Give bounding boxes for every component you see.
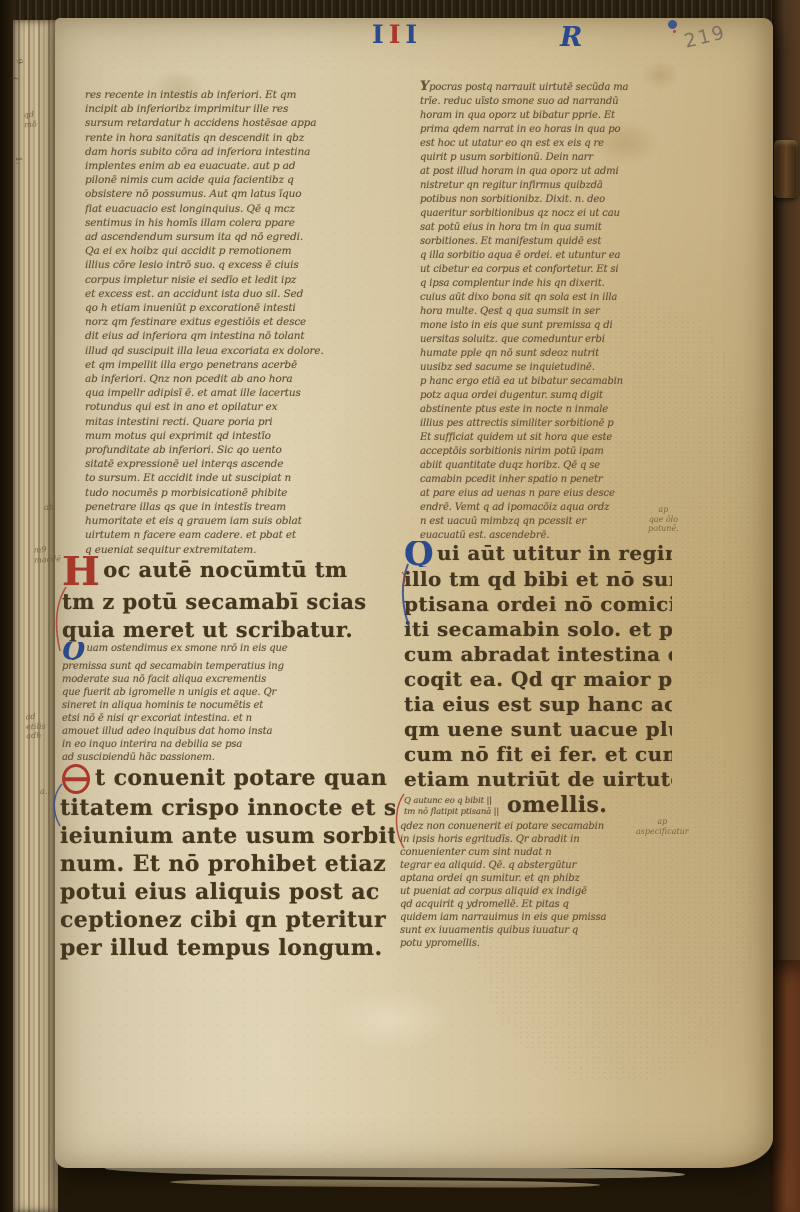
text-line: ab — [44, 503, 54, 513]
text-line: amouet illud adeo inquibus dat homo inst… — [62, 725, 387, 738]
text-line: cuius aūt dixo bona sit qn sola est in i… — [420, 291, 672, 305]
paragraph-rest-lines: premissa sunt qd secamabin temperatius i… — [62, 660, 387, 760]
gloss-text-block: qdez non conuenerit ei potare secamabini… — [400, 820, 685, 962]
text-line: a. — [40, 787, 47, 797]
text-line: quaeritur sorbitionibus qz nocz ei ut ca… — [420, 207, 672, 221]
text-line: per illud tempus longum. — [60, 934, 395, 962]
text-line: in eo inquo interira na debilia se psa — [62, 738, 387, 751]
text-line: illius cōre lesio intrō suo. q excess ē … — [85, 258, 385, 272]
text-line: etiam nutriūt de uirtute ydr — [404, 767, 672, 792]
gloss-inline-lines: Q autunc eo q bibit ||tm nō flatipit pti… — [404, 796, 499, 818]
large-tail-word: omellis. — [507, 793, 607, 817]
text-line: et qm impellit illa ergo penetrans acerb… — [85, 358, 385, 372]
manuscript-photo: { "header": { "numeral_chars": [ {"ch":"… — [0, 0, 800, 1212]
text-line: ap — [648, 505, 679, 515]
text-line: q eueniat sequitur extremitatem. — [85, 543, 385, 557]
text-line: potibus non sorbitionibz. Dixit. n. deo — [420, 193, 672, 207]
left-column-text-block: res recente in intestis ab inferiori. Et… — [85, 88, 385, 560]
text-line: tudo nocumēs p morbisicationē phibite — [85, 486, 385, 500]
text-line: ab inferiori. Qnz non pcedit ab ano hora — [85, 372, 385, 386]
text-line: tegrar ea aliquid. Qē. q abstergūtur — [400, 859, 685, 872]
text-line: sentimus in his homīs illam colera ppare — [85, 216, 385, 230]
eblock-rest-lines: titatem crispo innocte et supieiunium an… — [60, 794, 395, 962]
text-line: uirtutem n facere eam cadere. et pbat et — [85, 528, 385, 542]
right-rest-lines: trīe. reduc uīsto smone suo ad narrandūh… — [420, 95, 672, 543]
initial-E-decorated: E — [62, 764, 90, 794]
text-line: to sursum. Et accidit inde ut suscipiat … — [85, 471, 385, 485]
text-line: res recente in intestis ab inferiori. Et… — [85, 88, 385, 102]
text-line: ad suscipiendū hāc passionem. — [62, 751, 387, 760]
text-line: sineret in aliqua hominis te nocumētis e… — [62, 699, 387, 712]
text-line: potu ypromellis. — [400, 937, 685, 950]
text-line: n est uacuū mimbzq qn pcessit er — [420, 515, 672, 529]
text-line: potz aqua ordei dugentur. sumq digit — [420, 389, 672, 403]
qblock-rest-lines: illo tm qd bibi et nō sumitptisana ordei… — [404, 567, 672, 792]
text-line: mō — [24, 119, 37, 129]
text-line: sitatē expressionē uel interqs ascende — [85, 457, 385, 471]
text-line: uersitas soluitz. que comeduntur erbi — [420, 333, 672, 347]
paragraph-first-line: Quam ostendimus ex smone nrō in eis que — [62, 642, 387, 660]
stacked-page-edges — [13, 20, 58, 1212]
margin-note-left: m9macdē — [34, 544, 62, 564]
text-line: adh — [26, 731, 46, 741]
text-line: dit eius ad inferiora qm intestina nō to… — [85, 329, 385, 343]
right-large-text-block: Qui aūt utitur in regimīe illo tm qd bib… — [404, 541, 672, 792]
text-line: tm z potū secamabī scias — [62, 588, 392, 616]
text-line: penetrare illas qs que in intestīs tream — [85, 500, 385, 514]
text-line: sat potū eius in hora tm in qua sumit — [420, 221, 672, 235]
text-line: fiat euacuacio est longinquius. Qē q mcz — [85, 202, 385, 216]
text-line: incipit ab inferioribz imprimitur ille r… — [85, 102, 385, 116]
text-line: potui eius aliquis post ac — [60, 878, 395, 906]
text-line: quidem iam narrauimus in eis que pmissa — [400, 911, 685, 924]
header-section-letter: R — [560, 22, 582, 53]
margin-note-right: apaspecificatur — [636, 817, 689, 836]
text-line: que fuerit ab igromelle n unigis et aque… — [62, 686, 387, 699]
heading-rest-lines: tm z potū secamabī sciasquia meret ut sc… — [62, 588, 392, 644]
text-line: acceptōis sorbitionis nirim potū ipam — [420, 445, 672, 459]
initial-Q-blue-large: Q — [404, 541, 434, 567]
text-line: Et sufficiat quidem ut sit hora que este — [420, 431, 672, 445]
text-line: tm nō flatipit ptisanā || — [404, 807, 499, 818]
text-line: aspecificatur — [636, 827, 689, 837]
leather-cover-right — [770, 960, 800, 1212]
text-line: nistretur qn regitur infirmus quibzdā — [420, 179, 672, 193]
text-line: sursum retardatur h accidens hostēsae ap… — [85, 116, 385, 130]
margin-note-left: ab — [44, 503, 54, 513]
text-line: ieiunium ante usum sorbitio — [60, 822, 395, 850]
text-line: quia meret ut scribatur. — [62, 616, 392, 644]
right-column-text-block: Ypocras postq narrauit uirtutē secūda ma… — [420, 80, 672, 544]
text-line: titatem crispo innocte et sup — [60, 794, 395, 822]
text-line: dam horis subito cōra ad inferiora intes… — [85, 145, 385, 159]
text-line: illud qd suscipuit illa leua excoriata e… — [85, 344, 385, 358]
text-line: etsi nō ē nisi qr excoriat intestina. et… — [62, 712, 387, 725]
text-line: sorbitiones. Et manifestum quidē est — [420, 235, 672, 249]
text-line: at pare eius ad uenas n pare eius desce — [420, 487, 672, 501]
numeral-char: I — [372, 20, 389, 49]
eblock-first-line: Et conuenit potare quan — [60, 764, 395, 794]
right-first-line: Ypocras postq narrauit uirtutē secūda ma — [420, 80, 672, 95]
heading-text: oc autē nocūmtū tm — [103, 557, 347, 582]
text-line: abstinente ptus este in nocte n inmale — [420, 403, 672, 417]
text-line: premissa sunt qd secamabin temperatius i… — [62, 660, 387, 673]
text-line: cum nō fit ei fer. et cum hoc — [404, 742, 672, 767]
text-line: prima qdem narrat in eo horas in qua po — [420, 123, 672, 137]
qblock-text: ui aūt utitur in regimīe — [437, 541, 672, 565]
numeral-char: I — [405, 20, 422, 49]
text-line: pilonē nimis cum acide quia facientibz q — [85, 173, 385, 187]
numeral-char: I — [389, 20, 406, 49]
text-line: uusibz sed sacume se inquietudinē. — [420, 361, 672, 375]
text-line: q illa sorbitio aqua ē ordei. et utuntur… — [420, 249, 672, 263]
initial-Y: Y — [420, 80, 429, 94]
text-line: illo tm qd bibi et nō sumit — [404, 567, 672, 592]
text-line: num. Et nō prohibet etiaz — [60, 850, 395, 878]
left-large-text-block: Et conuenit potare quan titatem crispo i… — [60, 764, 395, 962]
text-line: trīe. reduc uīsto smone suo ad narrandū — [420, 95, 672, 109]
text-line: Q autunc eo q bibit || — [404, 796, 499, 807]
qblock-first-line: Qui aūt utitur in regimīe — [404, 541, 672, 567]
text-line: ap — [636, 817, 689, 827]
right-text: pocras postq narrauit uirtutē secūda ma — [429, 82, 628, 93]
left-heading-block: Hoc autē nocūmtū tm tm z potū secamabī s… — [62, 556, 392, 644]
text-line: macdē — [34, 554, 61, 565]
initial-Q-blue: Q — [62, 642, 85, 660]
text-line: norz qm festinare exitus egestiōis et de… — [85, 315, 385, 329]
text-line: p hanc ergo etiā ea ut bibatur secamabin — [420, 375, 672, 389]
margin-note-right: apqae ōlopotunē. — [648, 505, 679, 534]
text-line: qua impellr adipisī ē. et amat ille lace… — [85, 386, 385, 400]
text-line: ut pueniat ad corpus aliquid ex indigē — [400, 885, 685, 898]
text-line: Qa ei ex hoibz qui accidit p remotionem — [85, 244, 385, 258]
margin-note-left: qdmō — [23, 110, 37, 130]
paragraph-text: uam ostendimus ex smone nrō in eis que — [87, 643, 288, 654]
text-line: etilis — [26, 721, 46, 731]
text-line: abiit quantitate duqz horibz. Qē q se — [420, 459, 672, 473]
text-line: hora multe. Qest q qua sumsit in ser — [420, 305, 672, 319]
text-line: coqit ea. Qd qr maior poten — [404, 667, 672, 692]
text-line: obsistere nō possumus. Aut qm latus īquo — [85, 187, 385, 201]
book-clasp — [774, 140, 798, 198]
text-line: qd acquirit q ydromellē. Et pitas q — [400, 898, 685, 911]
text-line: profunditate ab inferiori. Sic qo uento — [85, 443, 385, 457]
page-edge-mark: 1. — [14, 156, 24, 165]
text-line: q ipsa complentur inde his qn dixerit. — [420, 277, 672, 291]
text-line: rotundus qui est in ano et opilatur ex — [85, 400, 385, 414]
text-line: conuenienter cum sint nudat n — [400, 846, 685, 859]
text-line: cum abradat intestina et ex — [404, 642, 672, 667]
text-line: ad ascendendum sursum ita qd nō egredi. — [85, 230, 385, 244]
text-line: et excess est. an accidunt ista duo sil.… — [85, 287, 385, 301]
text-line: rente in hora sanitatis qn descendit in … — [85, 131, 385, 145]
text-line: potunē. — [648, 524, 679, 534]
text-line: sunt ex iuuamentis quibus iuuatur q — [400, 924, 685, 937]
text-line: corpus impletur nisie ei sedīo et ledit … — [85, 273, 385, 287]
text-line: iti secamabin solo. et pprie — [404, 617, 672, 642]
text-line: humate pple qn nō sunt sdeoz nutrit — [420, 347, 672, 361]
text-line: humoritate et eis q grauem iam suis obla… — [85, 514, 385, 528]
left-paragraph-block: Quam ostendimus ex smone nrō in eis que … — [62, 642, 387, 760]
text-line: mum motus qui exprimit qd intestīo — [85, 429, 385, 443]
margin-note-left: a. — [40, 787, 47, 797]
blue-paraph-mark — [668, 20, 677, 29]
text-line: aptana ordei qn sumitur. et qn phibz — [400, 872, 685, 885]
gloss-inline-row: Q autunc eo q bibit ||tm nō flatipit pti… — [404, 793, 672, 818]
text-line: horam in qua oporz ut bibatur pprie. Et — [420, 109, 672, 123]
text-line: tia eius est sup hanc actionē — [404, 692, 672, 717]
text-line: camabin pcedit inher spatio n penetr — [420, 473, 672, 487]
text-line: at post illud horam in qua oporz ut admi — [420, 165, 672, 179]
text-line: mone isto in eis que sunt premissa q di — [420, 319, 672, 333]
text-line: endrē. Vemt q ad ipomacōiz aqua ordz — [420, 501, 672, 515]
initial-H-red: H — [62, 556, 100, 588]
text-line: qm uene sunt uacue plus — [404, 717, 672, 742]
text-line: quirit p usum sorbitionū. Dein narr — [420, 151, 672, 165]
text-line: illius pes attrectis similiter sorbition… — [420, 417, 672, 431]
text-line: moderate sua nō facit aliqua excrementis — [62, 673, 387, 686]
text-line: ut cibetur ea corpus et confortetur. Et … — [420, 263, 672, 277]
text-line: qo h etiam inueniūt p excorationē intest… — [85, 301, 385, 315]
text-line: ptisana ordei nō comicii et — [404, 592, 672, 617]
binding-left-edge — [0, 0, 13, 1212]
text-line: qae ōlo — [648, 515, 679, 525]
heading-first-line: Hoc autē nocūmtū tm — [62, 556, 392, 588]
header-roman-numeral: III — [372, 20, 422, 49]
text-line: est hoc ut utatur eo qn est ex eis q re — [420, 137, 672, 151]
text-line: implentes enim ab ea euacuate. aut p ad — [85, 159, 385, 173]
under-page-edge — [170, 1178, 600, 1188]
margin-note-left: adetilisadh — [26, 712, 47, 741]
text-line: mitas intestini recti. Quare poria pri — [85, 415, 385, 429]
text-line: ceptionez cibi qn pteritur su — [60, 906, 395, 934]
eblock-text: t conuenit potare quan — [95, 765, 387, 791]
